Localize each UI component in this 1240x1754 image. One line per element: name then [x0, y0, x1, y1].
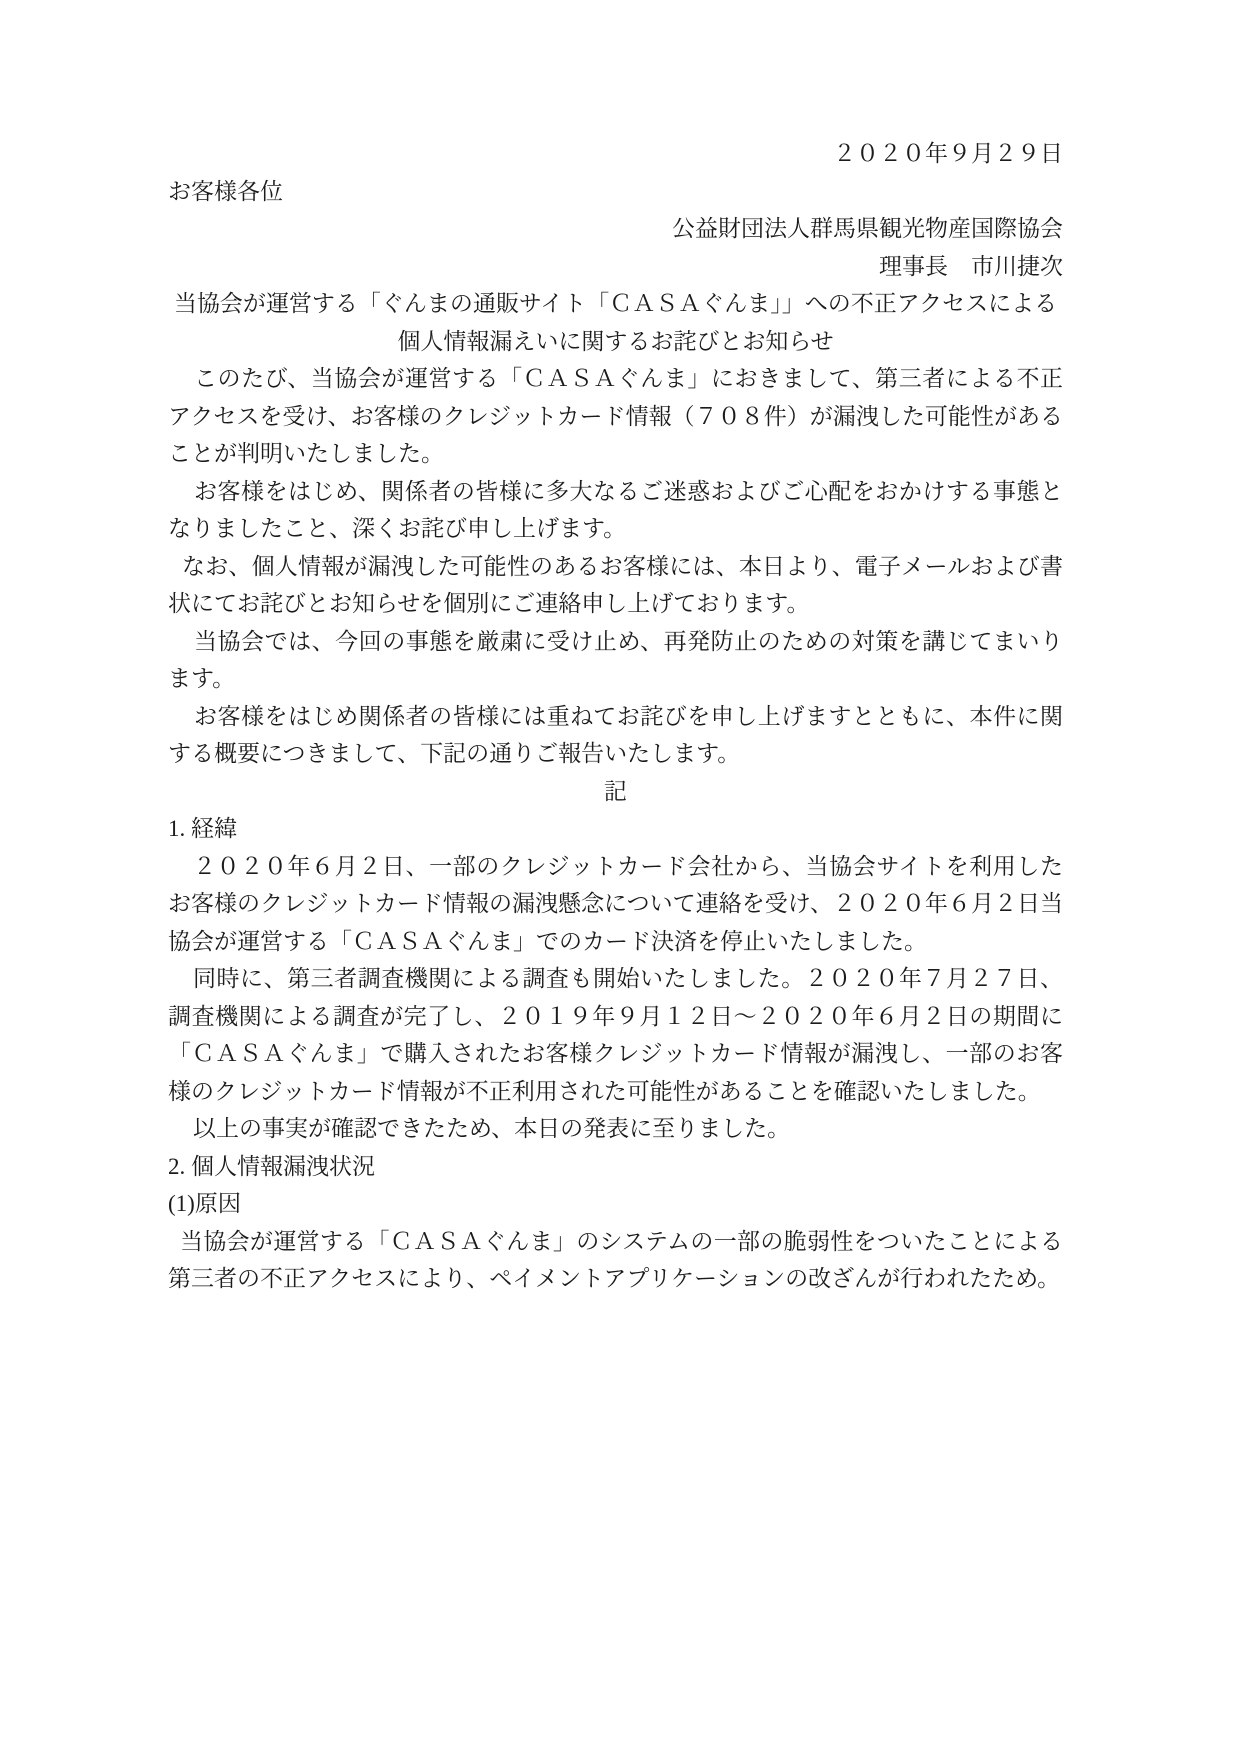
document-date: ２０２０年９月２９日	[168, 135, 1063, 173]
section2-sub-heading-cause: (1)原因	[168, 1185, 1063, 1223]
paragraph-apology: お客様をはじめ、関係者の皆様に多大なるご迷惑およびご心配をおかけする事態となりま…	[168, 473, 1063, 548]
document-title: 当協会が運営する「ぐんまの通販サイト「ＣＡＳＡぐんま」」への不正アクセスによる …	[168, 285, 1063, 360]
section2-paragraph-cause: 当協会が運営する「ＣＡＳＡぐんま」のシステムの一部の脆弱性をついたことによる第三…	[168, 1223, 1063, 1298]
paragraph-prevention: 当協会では、今回の事態を厳粛に受け止め、再発防止のための対策を講じてまいります。	[168, 623, 1063, 698]
document-title-line1: 当協会が運営する「ぐんまの通販サイト「ＣＡＳＡぐんま」」への不正アクセスによる	[168, 285, 1063, 323]
section1-paragraph-notice: ２０２０年６月２日、一部のクレジットカード会社から、当協会サイトを利用したお客様…	[168, 848, 1063, 961]
paragraph-individual-contact: なお、個人情報が漏洩した可能性のあるお客様には、本日より、電子メールおよび書状に…	[168, 548, 1063, 623]
notice-marker: 記	[168, 773, 1063, 811]
signer-line: 理事長 市川捷次	[168, 248, 1063, 286]
section2-heading: 2. 個人情報漏洩状況	[168, 1148, 1063, 1186]
recipient-line: お客様各位	[168, 173, 1063, 211]
organization-name: 公益財団法人群馬県観光物産国際協会	[168, 210, 1063, 248]
section1-heading: 1. 経緯	[168, 810, 1063, 848]
document-title-line2: 個人情報漏えいに関するお詫びとお知らせ	[168, 323, 1063, 361]
section2-cause-body: 当協会が運営する「ＣＡＳＡぐんま」のシステムの一部の脆弱性をついたことによる第三…	[168, 1223, 1063, 1298]
paragraph-report-intro: お客様をはじめ関係者の皆様には重ねてお詫びを申し上げますとともに、本件に関する概…	[168, 698, 1063, 773]
document-page: ２０２０年９月２９日 お客様各位 公益財団法人群馬県観光物産国際協会 理事長 市…	[0, 0, 1240, 1754]
section1-paragraph-conclusion: 以上の事実が確認できたため、本日の発表に至りました。	[168, 1110, 1063, 1148]
body-paragraphs: このたび、当協会が運営する「ＣＡＳＡぐんま」におきまして、第三者による不正アクセ…	[168, 360, 1063, 773]
section1-paragraph-investigation: 同時に、第三者調査機関による調査も開始いたしました。２０２０年７月２７日、調査機…	[168, 960, 1063, 1110]
section1-body: ２０２０年６月２日、一部のクレジットカード会社から、当協会サイトを利用したお客様…	[168, 848, 1063, 1148]
paragraph-incident-announcement: このたび、当協会が運営する「ＣＡＳＡぐんま」におきまして、第三者による不正アクセ…	[168, 360, 1063, 473]
